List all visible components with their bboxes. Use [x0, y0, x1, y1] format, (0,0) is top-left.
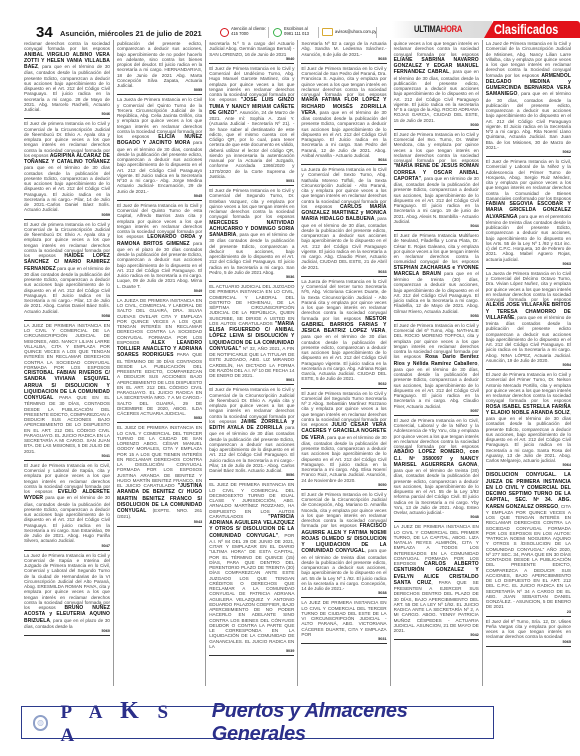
column-3: secretaría N.º 5 a cargo del Actuario Ju… [205, 40, 297, 686]
ad-text: , para que en el término de 30 días, con… [394, 361, 479, 409]
classified-ad: publicación del presente edicto, compare… [117, 40, 202, 95]
ad-text: , para que en el término de 30 días cont… [301, 328, 386, 381]
column-5: quince veces a los que tengan interés en… [390, 40, 482, 686]
ad-text: El Juez de Primera Instancia en lo Civil… [117, 425, 202, 488]
paksa-tagline: Puertos y Almacenes Generales [212, 700, 493, 746]
ad-code: 5043 [117, 520, 202, 524]
ad-text: El Juez de Primera Instancia en lo Civil… [394, 132, 479, 163]
classified-ad: El Juez de Primera Instancia en lo Civil… [486, 158, 571, 269]
ad-text: El Juez de Primera Instancia Multifuero … [394, 233, 479, 264]
ad-code: 5042 [394, 633, 479, 637]
ad-text: para que el término de 30 días contados … [117, 352, 202, 416]
classified-ad: El Juez de Primera Instancia en lo Civil… [394, 322, 479, 416]
column-2: publicación del presente edicto, compare… [113, 40, 205, 686]
ad-code: 5062 [486, 150, 571, 154]
ad-text: , para que se presenten a ejercer sus de… [394, 580, 479, 633]
divider [376, 27, 377, 38]
ad-text: , por A.I. Nº 84 del 29 de junio de 2021… [209, 533, 294, 649]
classified-ad: El Juez de Primera Instancia en lo Civil… [209, 481, 294, 656]
classified-ad: El Juez de Primera Instancia en lo Civil… [117, 202, 202, 296]
classified-ad: La Juez de Primera Instancia en lo Civil… [486, 40, 571, 157]
ad-text: La Juez de Primera Instancia en lo Civil… [301, 600, 386, 637]
ad-text: para que en el término de 30 días, conta… [24, 495, 110, 543]
ad-code: 5030 [394, 123, 479, 127]
ad-text: , para que en el término de 30 días cont… [209, 232, 294, 275]
classified-ad: El Juez de Primera Instancia en lo Civil… [209, 65, 294, 186]
phone-icon [220, 28, 229, 37]
ad-code: 23 [486, 610, 571, 614]
ad-text: La Juez de Primera Instancia en lo Civil… [24, 553, 110, 611]
ad-text: , para que en el término de 30 días cont… [301, 110, 386, 158]
ad-text: . Asunción, 24 de Marzo de 2021. Ante mí… [209, 110, 294, 179]
classified-ad: El Actuario Judicial del Juzgado de Prim… [209, 283, 294, 385]
ad-text: , para que en el término de treinta días… [486, 315, 571, 363]
ad-text: , para que en el término de 30 días, con… [394, 69, 479, 122]
ad-code: 5063 [486, 262, 571, 266]
ad-text: La Jueza de Primera Instancia en lo Civi… [486, 271, 571, 302]
logo-hora: HORA [441, 24, 462, 35]
ad-code: 5059 [24, 213, 110, 217]
ad-text: para que en el plazo de 30 días contados… [117, 241, 202, 289]
ad-text: para que en el término de treinta (30) d… [394, 271, 479, 314]
contact-phone: Atención al cliente:415 7000 [220, 26, 266, 38]
classified-ad: El Juez de Primera Instancia en lo Civil… [301, 491, 386, 599]
ad-text: El Juez de Primera Instancia en lo Civil… [486, 159, 571, 201]
ad-code: 5036 [209, 275, 294, 279]
contact-value: avisos@uhora.com.py [335, 30, 377, 35]
classified-ad: La Jueza de Primera Instancia en lo Civi… [301, 278, 386, 389]
ad-code: 5053 [394, 314, 479, 318]
ad-text: , para que en el término de 30 días, con… [301, 435, 386, 483]
classified-ad: El Juez de Primera Instancia en lo Civil… [394, 131, 479, 231]
contact-email: avisos@uhora.com.py [322, 26, 377, 38]
ad-text: , para que en término de 30 días, contad… [394, 176, 479, 224]
page-number: 34 [36, 24, 53, 41]
ad-code: 5034 [301, 158, 386, 162]
ad-code: 5061 [209, 378, 294, 382]
ad-code: 5035 [301, 57, 386, 61]
logo-ultima: ULTIMA [414, 24, 441, 35]
column-1: reclamar derechos contra la sociedad con… [21, 40, 113, 686]
ad-code: 5054 [486, 363, 571, 367]
contact-value: 0981 111 013 [284, 32, 309, 37]
ad-text: La Juez de Primera Instancia en lo Civil… [394, 524, 479, 566]
ad-text: La Jueza de Primera Instancia en lo Civi… [117, 298, 202, 345]
classified-ad: La Jueza de Primera Instancia en lo Civi… [486, 270, 571, 370]
ad-text: para que en el término de 30 días contad… [24, 165, 110, 212]
ad-code: 5050 [301, 483, 386, 487]
classified-ad: El Juez de primera Instancia en lo Civil… [24, 120, 110, 219]
classified-ad: secretaría N.º 5 a cargo del Actuario Ju… [209, 40, 294, 64]
divider [318, 27, 319, 38]
classifieds-columns: reclamar derechos contra la sociedad con… [21, 40, 574, 686]
ad-code: 5051 [209, 179, 294, 183]
ad-code: 5064 [486, 463, 571, 467]
ad-party-names: ROSA ISABEL ESTRELLA FARIÑA Y ELADIO NOB… [486, 404, 571, 416]
ad-text: La Juez de primera instancia en lo Civil… [24, 323, 110, 370]
ultimahora-logo: ULTIMAHORA [414, 24, 462, 35]
ad-code: 5060 [24, 629, 110, 633]
ad-text: , para que en el término de 30 días, con… [301, 216, 386, 269]
classified-ad: El Juez de Primera Instancia en lo Civil… [394, 417, 479, 523]
ad-text: El Juez de Primera Instancia en lo Civil… [301, 66, 386, 97]
page-header: 34 Asunción, miércoles 21 de julio de 20… [0, 0, 580, 38]
ad-text: , para que en el término de treinta (30)… [394, 462, 479, 515]
ad-text: para que en el término de 30 días contad… [24, 266, 110, 314]
ad-code: 5038 [301, 591, 386, 595]
classified-ad: El Juez de Primera Instancia en lo Civil… [486, 371, 571, 470]
ad-text: para que en el término de 30 días contad… [209, 425, 294, 473]
ad-text: El Juez de Primera Instancia en lo Civil… [209, 188, 294, 219]
ad-text: El Juez de Primera Instancia en lo Civil… [486, 372, 571, 403]
ad-text: El Juez de Primera Instancia en lo Civil… [394, 418, 479, 449]
ad-text: , cita y emplaza por quince veces a los … [486, 504, 571, 610]
classified-ad: La Juez de Primera Instancia en lo Civil… [24, 552, 110, 637]
ad-code: 5058 [24, 314, 110, 318]
classified-ad: El Juez de Primera Instancia en lo Civil… [209, 386, 294, 480]
classified-ad: El Juez de Primera Instancia en lo Civil… [24, 462, 110, 551]
ad-code: 5046 [24, 112, 110, 116]
classified-ad: La Juez de Primera Instancia en lo Civil… [394, 523, 479, 640]
ad-text: El Actuario Judicial del Juzgado de Prim… [209, 284, 294, 326]
ad-code: 5052 [117, 416, 202, 420]
classified-ad: El Juez del 6º Turno, Sría. 12, Dr. Ulis… [486, 618, 571, 647]
ad-code: 5033 [301, 270, 386, 274]
ad-code: 5040 [209, 57, 294, 61]
ad-text: reclamar derechos contra la sociedad con… [24, 41, 110, 51]
ad-text: secretaría N.º 5 a cargo del Actuario Ju… [209, 41, 294, 57]
column-6: La Juez de Primera Instancia en lo Civil… [482, 40, 574, 686]
ad-code: 5041 [24, 454, 110, 458]
ad-code: 5044 [394, 224, 479, 228]
classified-ad: El Juez de Primera Instancia en lo Civil… [301, 390, 386, 490]
classified-ad: quince veces a los que tengan interés en… [394, 40, 479, 130]
ad-code: 5048 [394, 515, 479, 519]
envelope-icon [322, 28, 333, 36]
ad-code: 5065 [486, 640, 571, 644]
paksa-ad-banner: P A K S A Puertos y Almacenes Generales [21, 706, 494, 739]
classified-ad: El Juez de primera Instancia en lo Civil… [24, 221, 110, 321]
ad-code: 5047 [24, 544, 110, 548]
contact-value: 415 7000 [231, 32, 266, 37]
ad-party-names: ABADIO LOPEZ ROMERO, con C.I. Nº 3580097… [394, 449, 479, 468]
classified-ad: El Juez de Primera Instancia Multifuero … [394, 232, 479, 321]
classified-ad: El Juez de Primera Instancia en lo Civil… [209, 187, 294, 282]
column-4: Secretaría Nº 52 a cargo de la Actuaria … [297, 40, 389, 686]
ad-text: , para que en el término de 30 días, con… [24, 64, 110, 112]
classified-ad: La Juez de primera instancia en lo Civil… [24, 322, 110, 461]
classified-ad: El Juez de Primera Instancia en lo Civil… [301, 65, 386, 165]
ad-code: 5057 [394, 409, 479, 413]
ad-text: para que en el perentorio término de tre… [486, 214, 571, 262]
ad-text: , para que en el término de 30 días cont… [486, 410, 571, 463]
ad-text: La Jueza de Primera Instancia en lo Civi… [301, 167, 386, 209]
section-title: Clasificados [494, 21, 558, 37]
classified-ad: Secretaría Nº 52 a cargo de la Actuaria … [301, 40, 386, 64]
ad-text: El Juez del 6º Turno, Sría. 12, Dr. Ulis… [486, 619, 571, 640]
classified-ad: La Jueza de Primera Instancia en lo Civi… [301, 166, 386, 277]
classified-ad: DISOLUCION CONYUGAL. LA JUEZA DE PRIMERA… [486, 471, 571, 616]
dateline: Asunción, miércoles 21 de julio de 2021 [60, 29, 202, 38]
ad-code: 5049 [117, 289, 202, 293]
ad-text: publicación del presente edicto, compare… [117, 41, 202, 88]
classified-ad: La Jueza de Primera Instancia en lo Civi… [117, 297, 202, 424]
ad-code: 5032 [301, 382, 386, 386]
classified-ad: reclamar derechos contra la sociedad con… [24, 40, 110, 119]
ad-code: 5031 [301, 637, 386, 641]
ad-text: La Jueza de Primera Instancia en lo Civi… [301, 279, 386, 321]
divider [268, 27, 269, 38]
ad-text: para que en el término de 30 días, conta… [24, 395, 110, 454]
classified-ad: La Jueza de Primera Instancia en lo Civi… [117, 96, 202, 201]
contact-whatsapp: Escribinos al0981 111 013 [273, 26, 309, 38]
ad-text: Secretaría Nº 52 a cargo de la Actuaria … [301, 41, 386, 57]
ad-code: 5055 [117, 88, 202, 92]
ad-code: 5039 [209, 649, 294, 653]
brand-bar: ULTIMAHORA Clasificados [392, 21, 580, 38]
whatsapp-icon [273, 28, 282, 37]
ad-text: , para que en el término de 30 días, con… [486, 91, 571, 150]
classified-ad: El Juez de Primera Instancia en lo Civil… [117, 424, 202, 526]
paksa-brand: P A K S A [60, 698, 199, 747]
paksa-logo-icon [33, 715, 48, 731]
ad-code: 5045 [117, 194, 202, 198]
ad-code: 5056 [209, 473, 294, 477]
classified-ad: La Juez de Primera Instancia en lo Civil… [301, 599, 386, 644]
ad-text: quince veces a los que tengan interés en… [394, 41, 479, 57]
ad-text: , para que en el término de treinta días… [301, 548, 386, 591]
ad-text: La Jueza de Primera Instancia en lo Civi… [117, 97, 202, 139]
ad-text: para que en el término de 30 días, conta… [117, 140, 202, 193]
